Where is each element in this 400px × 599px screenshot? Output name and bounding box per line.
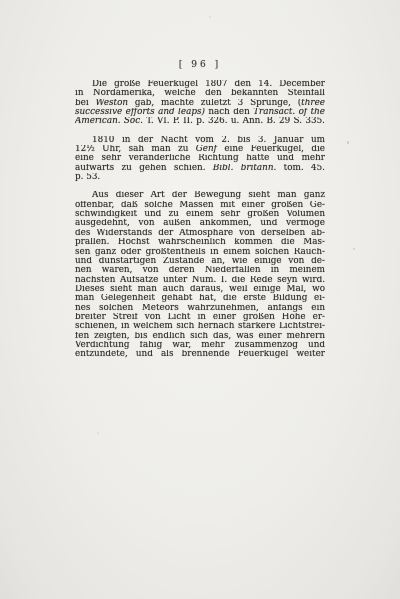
text-segment: tom. 45. <box>276 164 325 173</box>
paragraph: Aus dieser Art der Bewegung sieht man ga… <box>75 191 325 359</box>
text-segment: man Gelegenheit gehabt hat, die erste Bi… <box>75 294 325 303</box>
text-line: Die große Feuerkugel 1807 den 14. Decemb… <box>75 80 325 89</box>
text-line: Dieses sieht man auch daraus, weil einig… <box>75 285 325 294</box>
text-line: in Nordamerika, welche den bekannten Ste… <box>75 89 325 98</box>
text-line: man Gelegenheit gehabt hat, die erste Bi… <box>75 294 325 303</box>
text-segment: prallen. Höchst wahrscheinlich kommen di… <box>75 238 325 247</box>
text-segment-italic: American. Soc. <box>75 117 143 126</box>
text-line: American. Soc. T. VI. P. II. p. 326. u. … <box>75 117 325 126</box>
text-line: schwindigkeit und zu einem sehr großen V… <box>75 210 325 219</box>
text-segment: sen ganz oder größtentheils in einem sol… <box>75 248 325 257</box>
text-segment-italic: three <box>301 99 325 108</box>
text-segment: ausgedehnt, von außen ankommen, und verm… <box>75 219 325 228</box>
text-segment: 1810 in der Nacht vom 2. bis 3. Januar u… <box>92 136 325 145</box>
text-segment: breiter Streif von Licht in einer großen… <box>75 313 325 322</box>
text-line: sen ganz oder größtentheils in einem sol… <box>75 248 325 257</box>
text-segment: schienen, in welchem sich hernach stärke… <box>75 322 325 331</box>
text-segment: bei <box>75 99 96 108</box>
text-segment: Aus dieser Art der Bewegung sieht man ga… <box>92 191 325 200</box>
paragraphs-container: Die große Feuerkugel 1807 den 14. Decemb… <box>75 80 325 360</box>
text-line: prallen. Höchst wahrscheinlich kommen di… <box>75 238 325 247</box>
text-line: p. 53. <box>75 173 325 182</box>
text-segment: eine sehr veränderliche Richtung hatte u… <box>75 154 325 163</box>
text-segment: offenbar, daß solche Massen mit einer gr… <box>75 201 325 210</box>
text-block: [ 96 ] Die große Feuerkugel 1807 den 14.… <box>75 60 325 360</box>
text-segment: nächsten Aufsatze unter Num. I. die Rede… <box>75 276 325 285</box>
text-segment: p. 53. <box>75 173 100 182</box>
text-segment: eine Feuerkugel, die <box>217 145 325 154</box>
text-segment: gab, machte zuletzt 3 Sprünge, ( <box>128 99 301 108</box>
text-line: successive efforts and leaps) nach den T… <box>75 108 325 117</box>
text-line: und dunstartigen Zustande an, wie einige… <box>75 257 325 266</box>
text-segment: Verdichtung fähig war, mehr zusammenzog … <box>75 341 325 350</box>
text-line: eine sehr veränderliche Richtung hatte u… <box>75 154 325 163</box>
scanned-book-page: [ 96 ] Die große Feuerkugel 1807 den 14.… <box>0 0 400 599</box>
text-segment-italic: Weston <box>96 99 129 108</box>
text-line: nächsten Aufsatze unter Num. I. die Rede… <box>75 276 325 285</box>
text-line: 12½ Uhr, sah man zu Genf eine Feuerkugel… <box>75 145 325 154</box>
text-segment: Dieses sieht man auch daraus, weil einig… <box>75 285 325 294</box>
text-segment: nach den <box>205 108 253 117</box>
text-segment: schwindigkeit und zu einem sehr großen V… <box>75 210 325 219</box>
paragraph: 1810 in der Nacht vom 2. bis 3. Januar u… <box>75 136 325 183</box>
text-segment: 12½ Uhr, sah man zu <box>75 145 196 154</box>
text-line: entzündete, und als brennende Feuerkugel… <box>75 350 325 359</box>
text-line: bei Weston gab, machte zuletzt 3 Sprünge… <box>75 99 325 108</box>
scan-speck <box>347 141 349 144</box>
text-segment-italic: Bibl. britann. <box>213 164 276 173</box>
text-segment-italic: Genf <box>196 145 217 154</box>
text-line: 1810 in der Nacht vom 2. bis 3. Januar u… <box>75 136 325 145</box>
text-line: fen zeigten, bis endlich sich das, was e… <box>75 332 325 341</box>
text-line: offenbar, daß solche Massen mit einer gr… <box>75 201 325 210</box>
text-segment-italic: successive efforts and leaps) <box>75 108 205 117</box>
text-segment: T. VI. P. II. p. 326. u. Ann. B. 29 S. 3… <box>143 117 325 126</box>
text-line: schienen, in welchem sich hernach stärke… <box>75 322 325 331</box>
text-segment: nes solchen Meteors wahrzunehmen, anfang… <box>75 304 325 313</box>
text-line: aufwärts zu gehen schien. Bibl. britann.… <box>75 164 325 173</box>
scan-speck <box>209 16 211 18</box>
text-segment: entzündete, und als brennende Feuerkugel… <box>75 350 325 359</box>
text-line: breiter Streif von Licht in einer großen… <box>75 313 325 322</box>
text-segment: in Nordamerika, welche den bekannten Ste… <box>75 89 325 98</box>
text-line: nen waren, von deren Niederfallen in mei… <box>75 266 325 275</box>
text-segment: nen waren, von deren Niederfallen in mei… <box>75 266 325 275</box>
text-line: des Widerstands der Atmosphäre von derse… <box>75 229 325 238</box>
text-line: nes solchen Meteors wahrzunehmen, anfang… <box>75 304 325 313</box>
text-segment-italic: Transact. of the <box>253 108 325 117</box>
page-number-header: [ 96 ] <box>75 60 325 70</box>
text-segment: aufwärts zu gehen schien. <box>75 164 213 173</box>
text-line: ausgedehnt, von außen ankommen, und verm… <box>75 219 325 228</box>
paragraph: Die große Feuerkugel 1807 den 14. Decemb… <box>75 80 325 127</box>
text-segment: fen zeigten, bis endlich sich das, was e… <box>75 332 325 341</box>
text-segment: des Widerstands der Atmosphäre von derse… <box>75 229 325 238</box>
text-segment: und dunstartigen Zustande an, wie einige… <box>75 257 325 266</box>
scan-speck <box>97 432 99 434</box>
text-line: Aus dieser Art der Bewegung sieht man ga… <box>75 191 325 200</box>
text-line: Verdichtung fähig war, mehr zusammenzog … <box>75 341 325 350</box>
text-segment: Die große Feuerkugel 1807 den 14. Decemb… <box>92 80 325 89</box>
scan-speck <box>353 248 355 250</box>
